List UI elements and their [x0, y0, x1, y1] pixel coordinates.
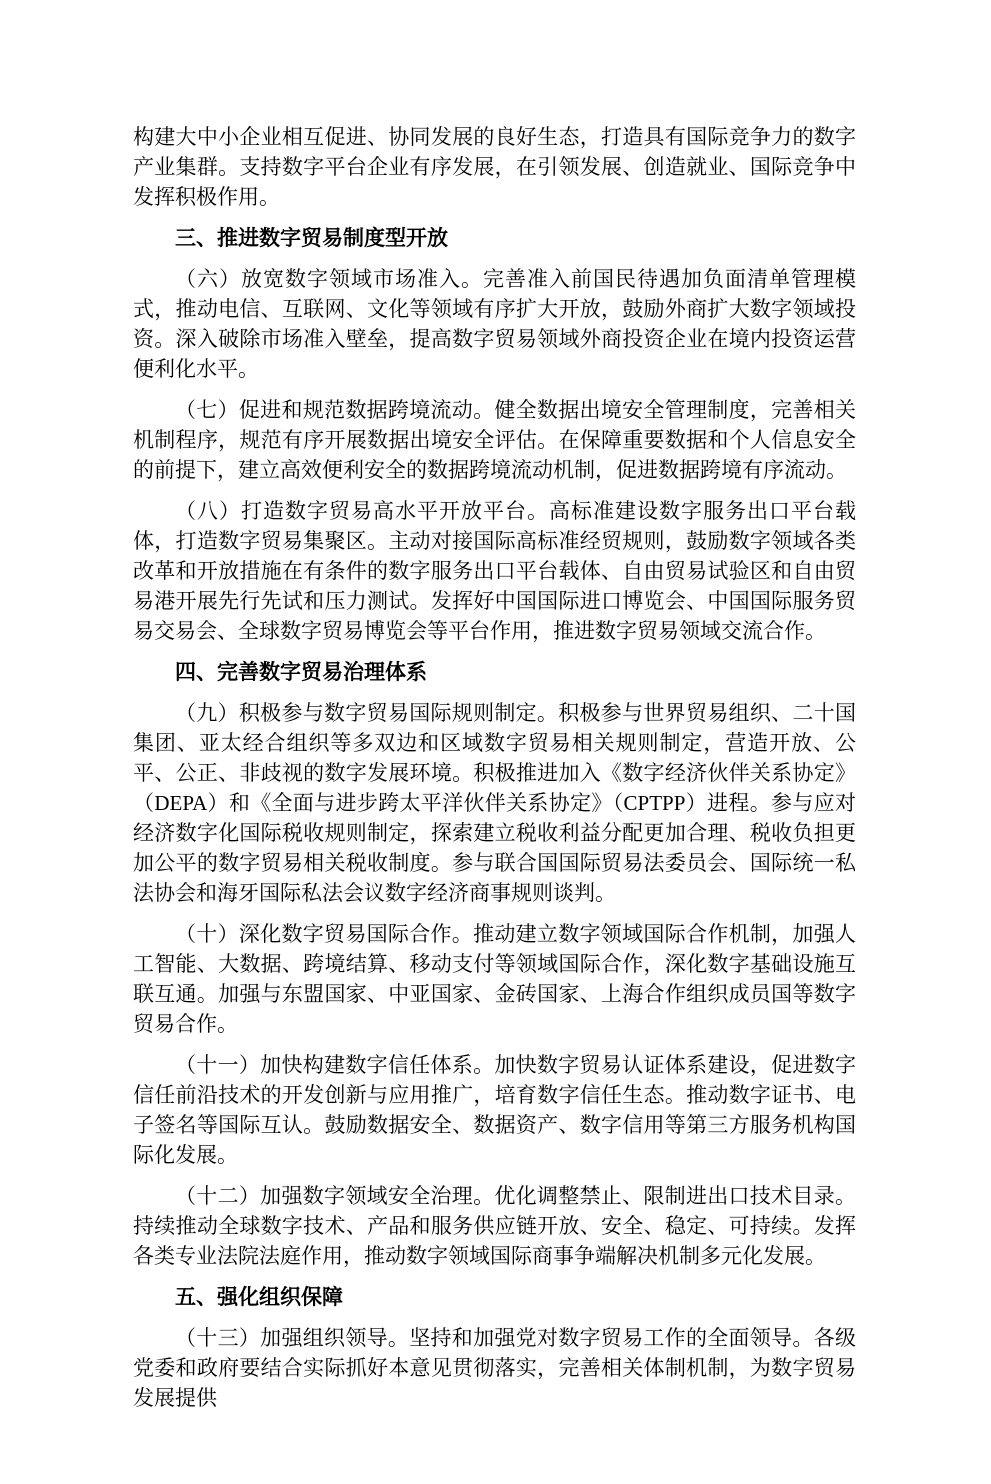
clause-11-paragraph: （十一）加快构建数字信任体系。加快数字贸易认证体系建设，促进数字信任前沿技术的开… — [133, 1050, 856, 1170]
clause-9-paragraph: （九）积极参与数字贸易国际规则制定。积极参与世界贸易组织、二十国集团、亚太经合组… — [133, 698, 856, 908]
clause-10-paragraph: （十）深化数字贸易国际合作。推动建立数字领域国际合作机制，加强人工智能、大数据、… — [133, 919, 856, 1039]
clause-7-paragraph: （七）促进和规范数据跨境流动。健全数据出境安全管理制度，完善相关机制程序，规范有… — [133, 395, 856, 485]
clause-12-paragraph: （十二）加强数字领域安全治理。优化调整禁止、限制进出口技术目录。持续推动全球数字… — [133, 1181, 856, 1271]
heading-section-5: 五、强化组织保障 — [133, 1282, 856, 1312]
clause-6-paragraph: （六）放宽数字领域市场准入。完善准入前国民待遇加负面清单管理模式，推动电信、互联… — [133, 264, 856, 384]
document-page: 构建大中小企业相互促进、协同发展的良好生态，打造具有国际竞争力的数字产业集群。支… — [0, 0, 991, 1484]
continuation-paragraph: 构建大中小企业相互促进、协同发展的良好生态，打造具有国际竞争力的数字产业集群。支… — [133, 122, 856, 212]
clause-8-paragraph: （八）打造数字贸易高水平开放平台。高标准建设数字服务出口平台载体，打造数字贸易集… — [133, 496, 856, 646]
heading-section-3: 三、推进数字贸易制度型开放 — [133, 223, 856, 253]
heading-section-4: 四、完善数字贸易治理体系 — [133, 657, 856, 687]
clause-13-paragraph: （十三）加强组织领导。坚持和加强党对数字贸易工作的全面领导。各级党委和政府要结合… — [133, 1323, 856, 1413]
